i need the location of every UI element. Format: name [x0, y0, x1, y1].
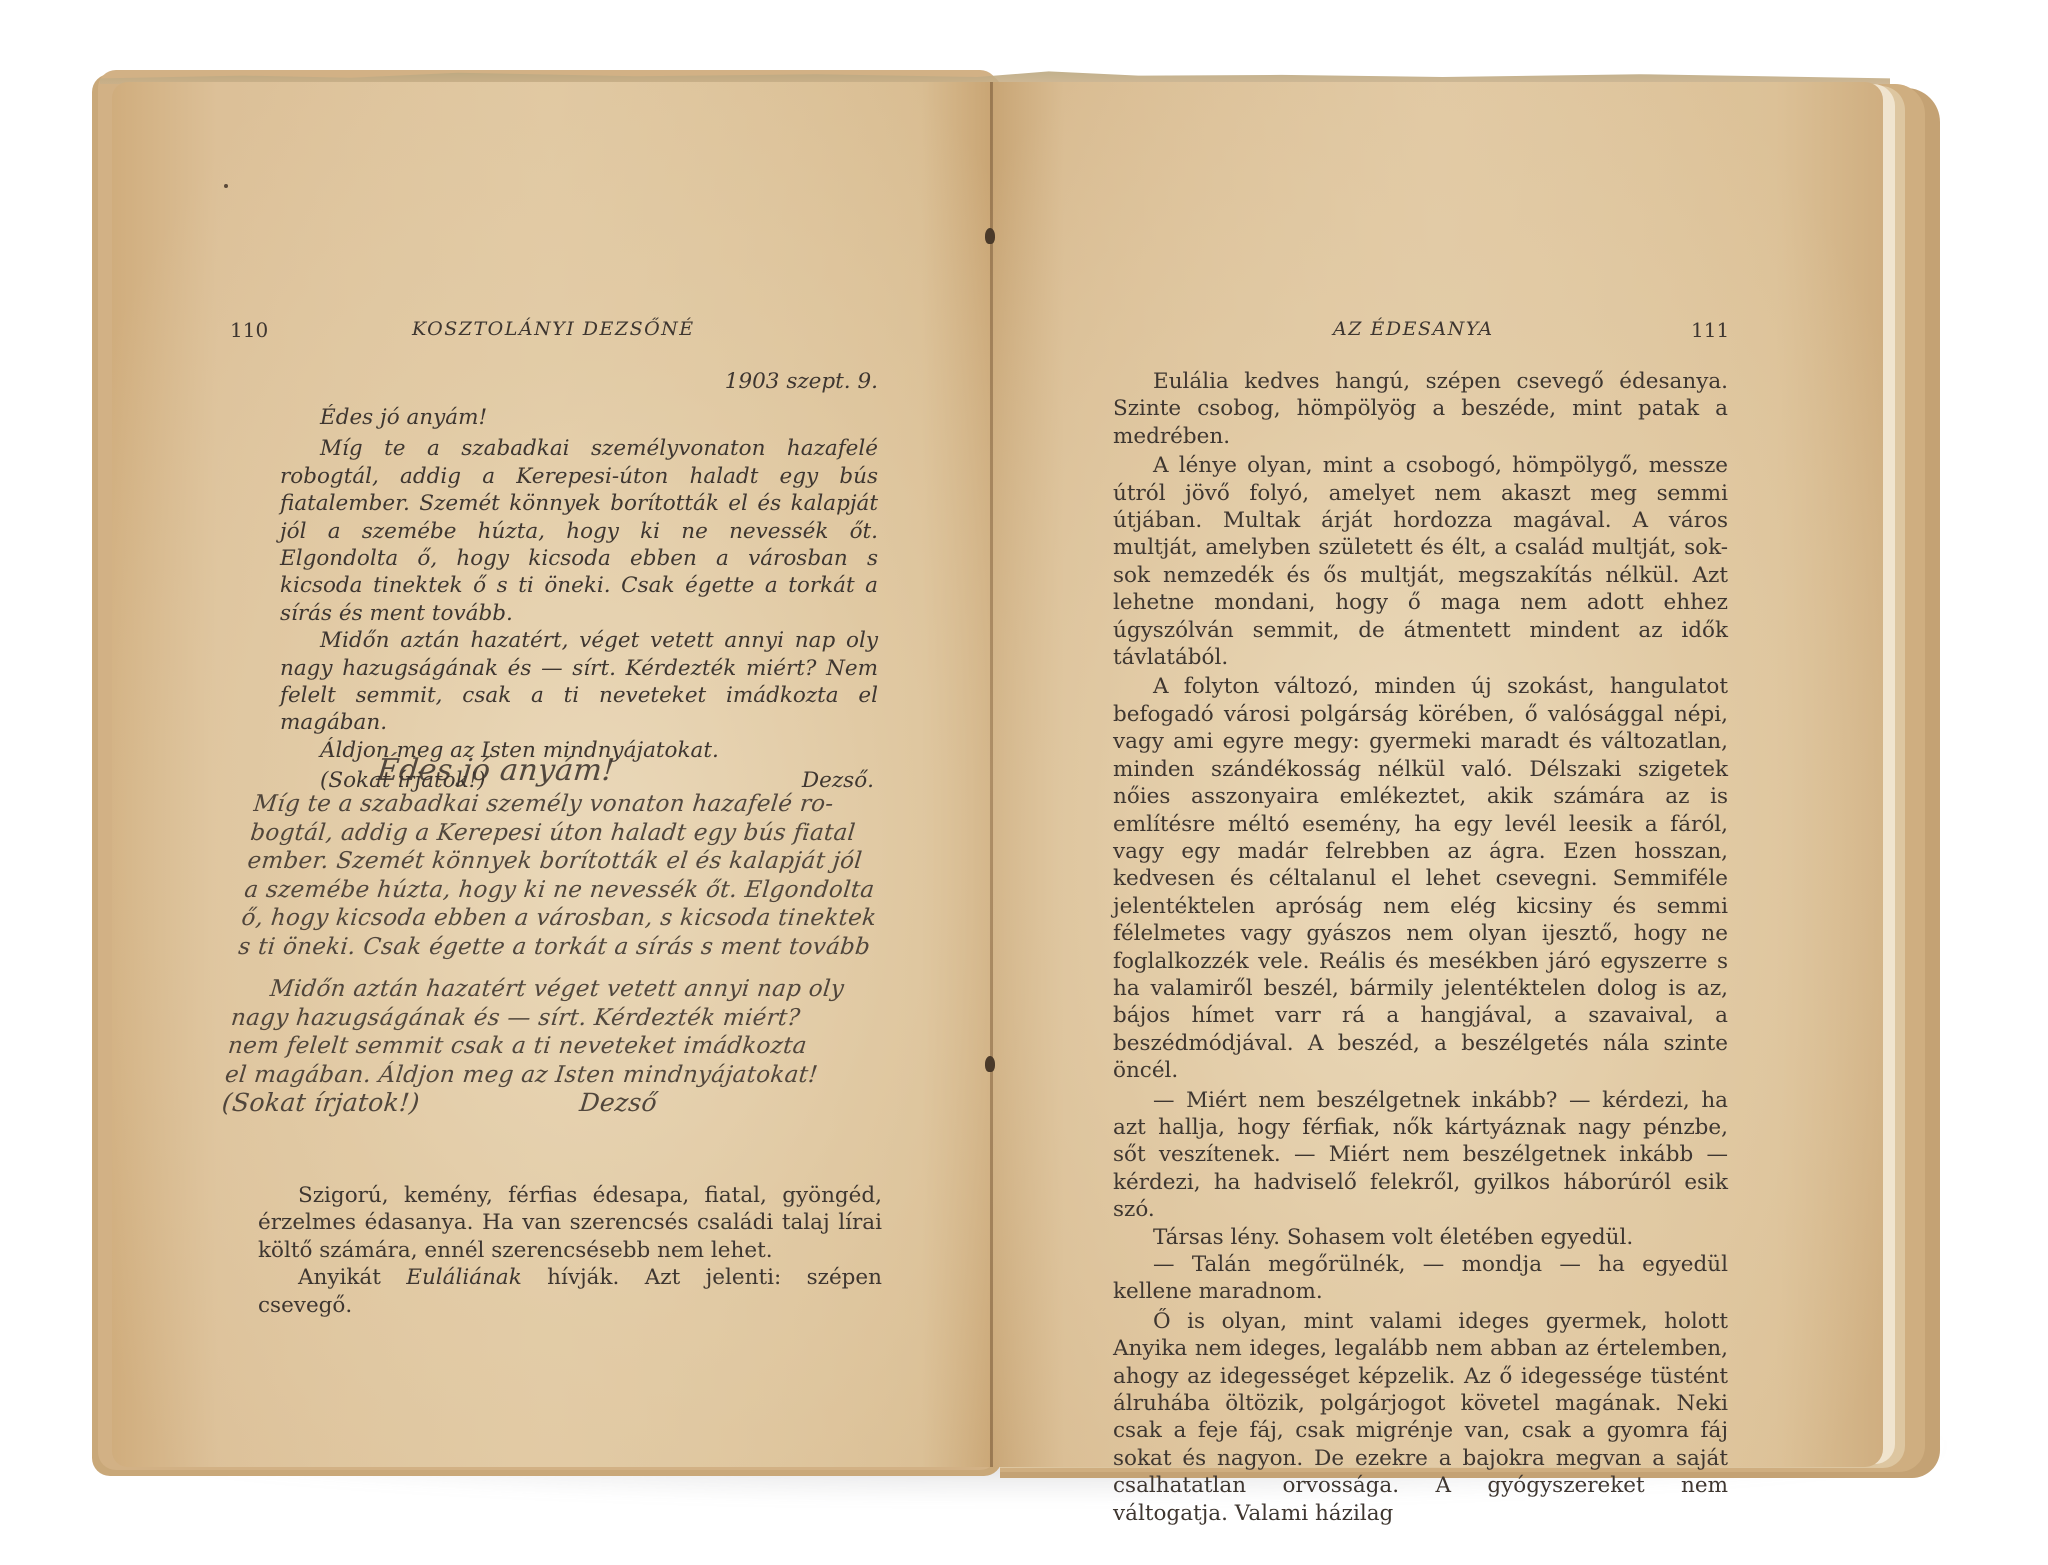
handwritten-line: ő, hogy kicsoda ebben a városban, s kics… [240, 904, 883, 933]
handwritten-signature: Dezső [578, 1089, 658, 1118]
paper-speck [224, 184, 228, 188]
handwritten-facsimile: Édes jó anyám! Míg te a szabadkai személ… [217, 752, 899, 1152]
handwritten-line: bogtál, addig a Kerepesi úton haladt egy… [249, 819, 892, 848]
handwritten-line: nem felelt semmit csak a ti neveteket im… [227, 1032, 870, 1061]
running-head: AZ ÉDESANYA [1333, 318, 1494, 340]
page-number: 110 [230, 318, 268, 342]
body-paragraph: Társas lény. Sohasem volt életében egyed… [1113, 1224, 1728, 1251]
body-paragraph: — Talán megőrülnék, — mondja — ha egyedü… [1113, 1251, 1728, 1306]
handwritten-greeting: Édes jó anyám! [255, 752, 899, 790]
letter-greeting: Édes jó anyám! [280, 404, 878, 431]
book-gutter [990, 82, 993, 1467]
handwritten-line: Midőn aztán hazatért véget vetett annyi … [233, 975, 876, 1004]
body-paragraph: Eulália kedves hangú, szépen csevegő éde… [1113, 368, 1728, 450]
handwritten-line: ember. Szemét könnyek borították el és k… [246, 847, 889, 876]
body-paragraph: A lénye olyan, mint a csobogó, hömpölygő… [1113, 452, 1728, 671]
letter-paragraph: Míg te a szabadkai személyvonaton hazafe… [280, 435, 878, 627]
right-body-text: Eulália kedves hangú, szépen csevegő éde… [1113, 368, 1728, 1527]
handwritten-line: a szemébe húzta, hogy ki ne nevessék őt.… [243, 876, 886, 905]
body-paragraph: — Miért nem beszélgetnek inkább? — kérde… [1113, 1087, 1728, 1224]
handwritten-line: el magában. Áldjon meg az Isten mindnyáj… [224, 1061, 867, 1090]
letter-date: 1903 szept. 9. [280, 368, 878, 395]
gutter-stain [985, 228, 995, 244]
left-body-text: Szigorú, kemény, férfias édesapa, fiatal… [258, 1182, 882, 1319]
body-paragraph-euladia: Anyikát Euláliának hívják. Azt jelenti: … [258, 1264, 882, 1319]
emphasized-name: Euláliának [406, 1265, 522, 1290]
left-page[interactable]: 110 KOSZTOLÁNYI DEZSŐNÉ 1903 szept. 9. É… [112, 82, 992, 1467]
gutter-stain [985, 1056, 995, 1072]
printed-letter: 1903 szept. 9. Édes jó anyám! Míg te a s… [280, 82, 878, 802]
handwritten-line: Míg te a szabadkai személy vonaton hazaf… [252, 790, 895, 819]
letter-paragraph: Midőn aztán hazatért, véget vetett annyi… [280, 627, 878, 737]
handwritten-postscript: (Sokat írjatok!) [221, 1089, 421, 1118]
page-number: 111 [1691, 318, 1729, 342]
body-paragraph: A folyton változó, minden új szokást, ha… [1113, 673, 1728, 1084]
right-page[interactable]: AZ ÉDESANYA 111 Eulália kedves hangú, sz… [993, 82, 1883, 1467]
handwritten-line: s ti öneki. Csak égette a torkát a sírás… [237, 933, 880, 962]
handwritten-spacer [236, 961, 877, 975]
handwritten-line: nagy hazugságának és — sírt. Kérdezték m… [230, 1004, 873, 1033]
body-paragraph: Szigorú, kemény, férfias édesapa, fiatal… [258, 1182, 882, 1264]
body-paragraph: Ő is olyan, mint valami ideges gyermek, … [1113, 1308, 1728, 1527]
